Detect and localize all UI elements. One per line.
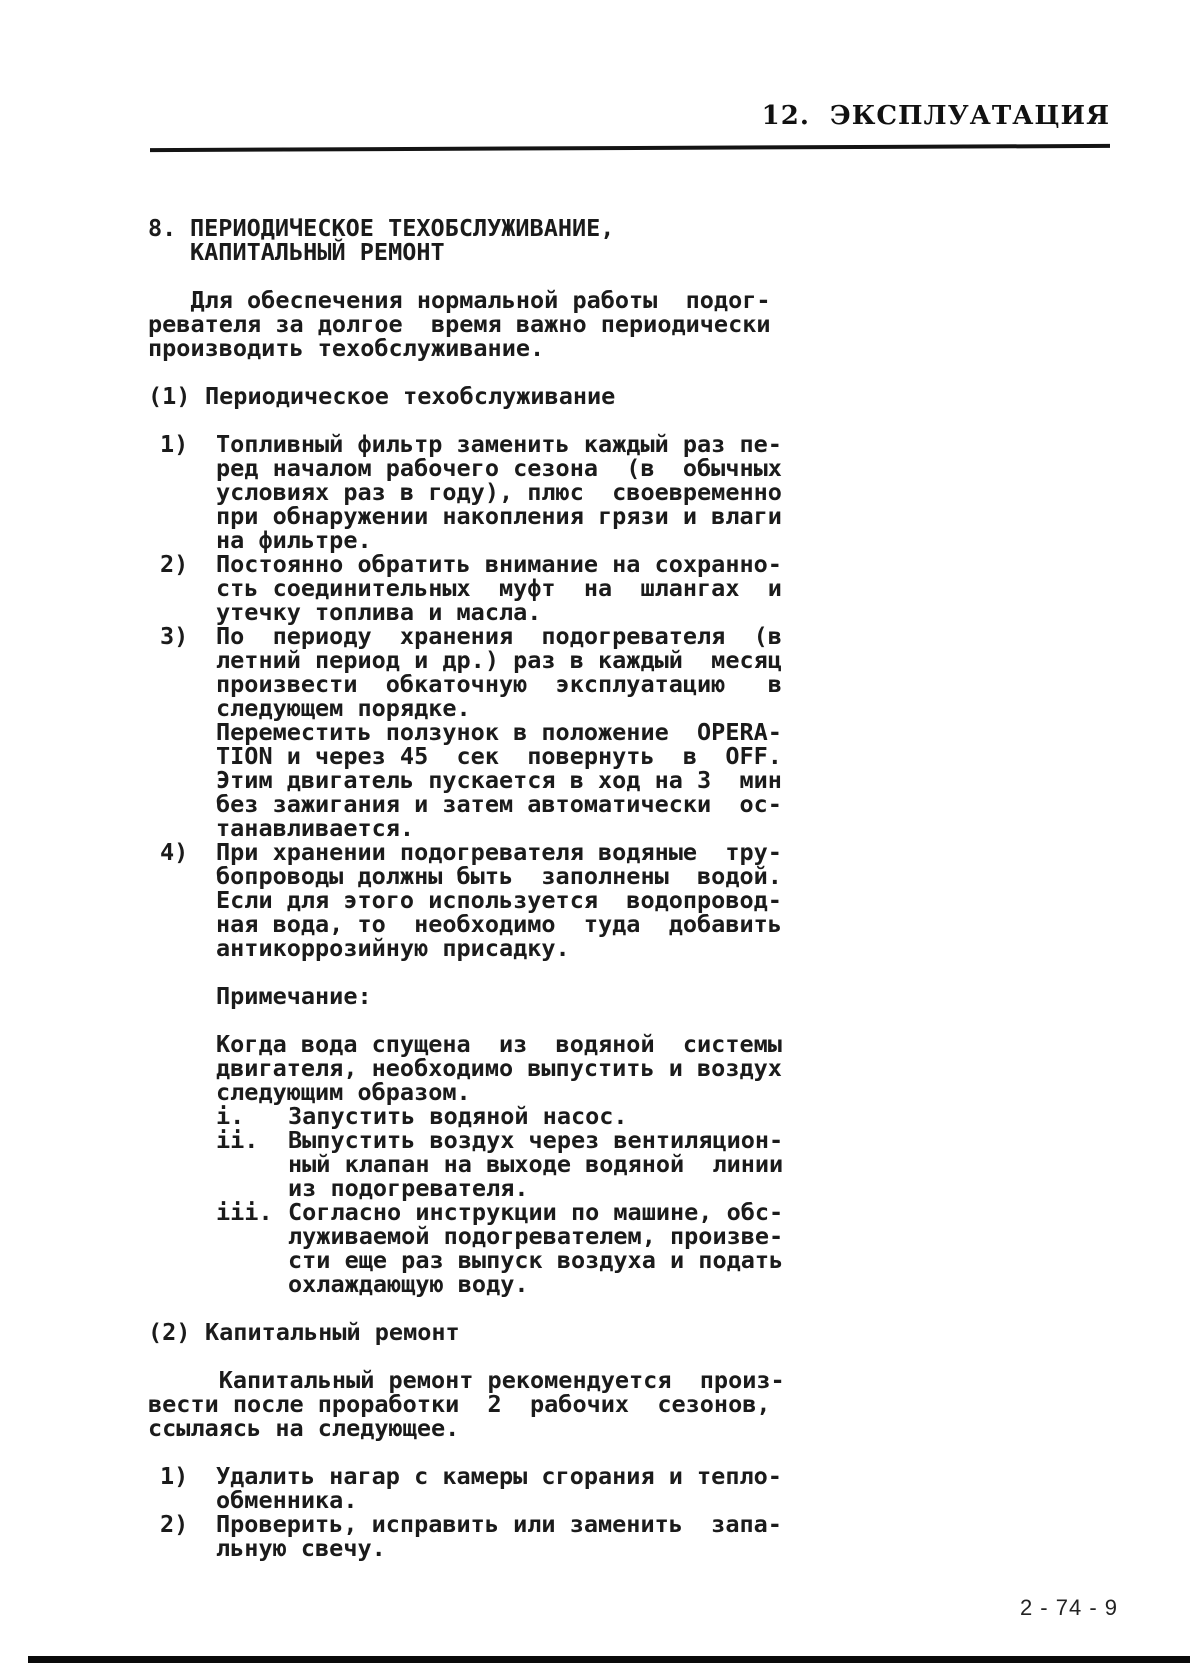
list-item-number: 2) <box>160 552 216 576</box>
list-item-number: 1) <box>160 432 216 456</box>
list-item: 1) Топливный фильтр заменить каждый раз … <box>160 432 848 552</box>
roman-item-text: Запустить водяной насос. <box>288 1104 628 1128</box>
note-block: Примечание: Когда вода спущена из водяно… <box>216 984 848 1296</box>
roman-item-number: iii. <box>216 1200 288 1224</box>
list-item: 2) Проверить, исправить или заменить зап… <box>160 1512 848 1560</box>
section-number: 8. <box>148 216 190 240</box>
list-item-text: Постоянно обратить внимание на сохранно-… <box>216 552 782 624</box>
chapter-header: 12. ЭКСПЛУАТАЦИЯ <box>762 101 1110 131</box>
note-body: Когда вода спущена из водяной системы дв… <box>216 1032 848 1104</box>
section-intro-paragraph: Для обеспечения нормальной работы подог-… <box>148 288 848 360</box>
list-item: 2) Постоянно обратить внимание на сохран… <box>160 552 848 624</box>
list-item-text: Проверить, исправить или заменить запа- … <box>216 1512 782 1560</box>
subsection-2-marker: (2) <box>148 1320 205 1344</box>
subsection-2-title: Капитальный ремонт <box>205 1320 460 1344</box>
roman-list-item: i. Запустить водяной насос. <box>216 1104 848 1128</box>
roman-list-item: iii. Согласно инструкции по машине, обс-… <box>216 1200 848 1296</box>
list-item-number: 1) <box>160 1464 216 1488</box>
note-roman-list: i. Запустить водяной насос. ii. Выпустит… <box>216 1104 848 1296</box>
subsection-1-heading: (1) Периодическое техобслуживание <box>148 384 848 408</box>
note-label: Примечание: <box>216 984 848 1008</box>
roman-item-number: i. <box>216 1104 288 1128</box>
roman-item-text: Выпустить воздух через вентиляцион- ный … <box>288 1128 783 1200</box>
list-item-number: 4) <box>160 840 216 864</box>
list-item-number: 3) <box>160 624 216 648</box>
subsection-2-heading: (2) Капитальный ремонт <box>148 1320 848 1344</box>
roman-list-item: ii. Выпустить воздух через вентиляцион- … <box>216 1128 848 1200</box>
maintenance-item-list: 1) Топливный фильтр заменить каждый раз … <box>148 432 848 960</box>
section-heading: 8. ПЕРИОДИЧЕСКОЕ ТЕХОБСЛУЖИВАНИЕ, КАПИТА… <box>148 216 848 264</box>
list-item-text: Удалить нагар с камеры сгорания и тепло-… <box>216 1464 782 1512</box>
subsection-2-intro-paragraph: Капитальный ремонт рекомендуется произ- … <box>148 1368 848 1440</box>
list-item-text: Топливный фильтр заменить каждый раз пе-… <box>216 432 782 552</box>
footer-rule <box>28 1656 1190 1663</box>
list-item: 1) Удалить нагар с камеры сгорания и теп… <box>160 1464 848 1512</box>
list-item: 4) При хранении подогревателя водяные тр… <box>160 840 848 960</box>
subsection-1-marker: (1) <box>148 384 205 408</box>
list-item-number: 2) <box>160 1512 216 1536</box>
header-rule <box>150 144 1110 152</box>
page-number: 2 - 74 - 9 <box>1020 1595 1118 1621</box>
roman-item-text: Согласно инструкции по машине, обс- лужи… <box>288 1200 783 1296</box>
list-item-text: По периоду хранения подогревателя (в лет… <box>216 624 782 840</box>
list-item-text: При хранении подогревателя водяные тру- … <box>216 840 782 960</box>
list-item: 3) По периоду хранения подогревателя (в … <box>160 624 848 840</box>
section-title: ПЕРИОДИЧЕСКОЕ ТЕХОБСЛУЖИВАНИЕ, КАПИТАЛЬН… <box>190 216 614 264</box>
document-page: 12. ЭКСПЛУАТАЦИЯ 8. ПЕРИОДИЧЕСКОЕ ТЕХОБС… <box>0 0 1190 1672</box>
overhaul-item-list: 1) Удалить нагар с камеры сгорания и теп… <box>148 1464 848 1560</box>
roman-item-number: ii. <box>216 1128 288 1152</box>
subsection-1-title: Периодическое техобслуживание <box>205 384 615 408</box>
page-content: 8. ПЕРИОДИЧЕСКОЕ ТЕХОБСЛУЖИВАНИЕ, КАПИТА… <box>148 216 848 1560</box>
